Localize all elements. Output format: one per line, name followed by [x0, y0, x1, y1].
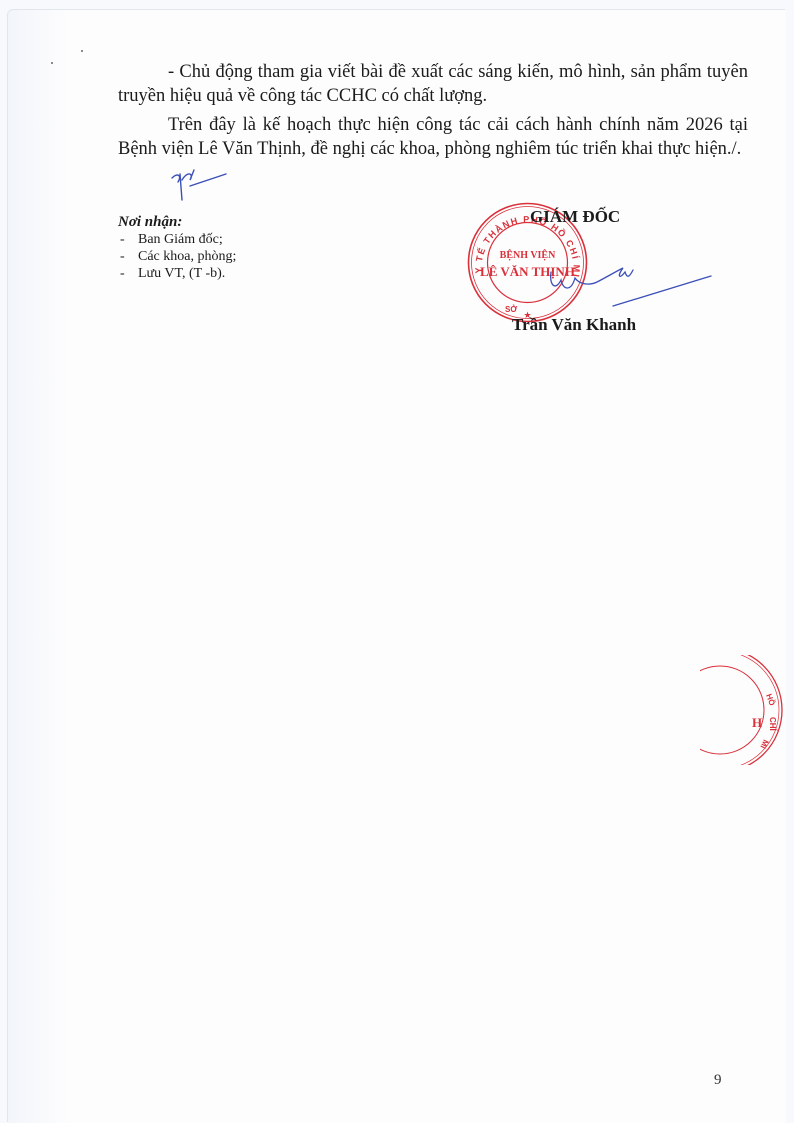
- scan-speck: [51, 62, 53, 64]
- recipients-title: Nơi nhận:: [118, 214, 236, 231]
- svg-text:SỞ: SỞ: [505, 305, 517, 314]
- signer-name: Trần Văn Khanh: [512, 315, 636, 335]
- svg-text:BỆNH VIỆN: BỆNH VIỆN: [500, 248, 556, 261]
- initial-signature: [168, 166, 228, 206]
- signer-title: GIÁM ĐỐC: [530, 207, 620, 227]
- document-page: [8, 10, 786, 1123]
- scan-speck: [81, 50, 83, 52]
- recipient-item: -Các khoa, phòng;: [118, 248, 236, 265]
- svg-text:CHÍ: CHÍ: [768, 717, 777, 732]
- recipients-list: Nơi nhận: -Ban Giám đốc; -Các khoa, phòn…: [118, 214, 236, 282]
- svg-text:HỒ: HỒ: [764, 692, 778, 707]
- svg-text:H: H: [752, 715, 762, 730]
- director-signature: [545, 262, 715, 312]
- recipient-item: -Lưu VT, (T -b).: [118, 265, 236, 282]
- paragraph-conclusion: Trên đây là kế hoạch thực hiện công tác …: [118, 113, 748, 161]
- partial-seal-stamp: HỒ CHÍ MI H: [700, 655, 790, 765]
- paragraph-initiatives: - Chủ động tham gia viết bài đề xuất các…: [118, 60, 748, 108]
- scan-edge-tint: [8, 10, 68, 1123]
- recipient-item: -Ban Giám đốc;: [118, 231, 236, 248]
- page-number: 9: [714, 1072, 722, 1089]
